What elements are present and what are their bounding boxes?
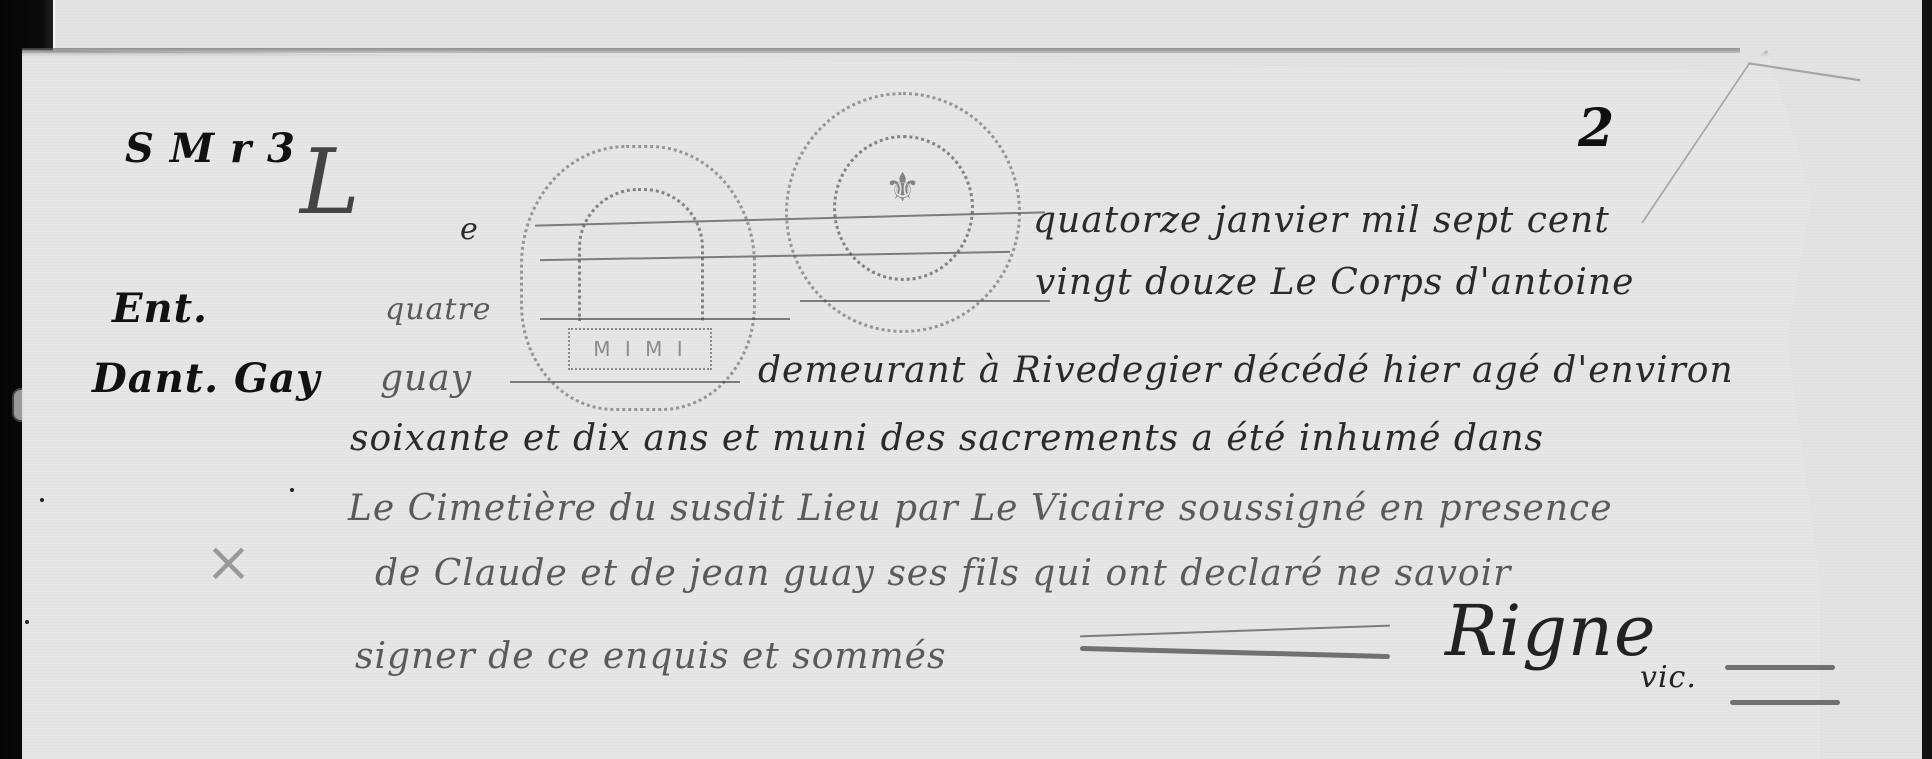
body-line-6: de Claude et de jean guay ses fils qui o… — [375, 553, 1511, 594]
body-line-7: signer de ce enquis et sommés — [355, 636, 946, 677]
body-line-5: Le Cimetière du susdit Lieu par Le Vicai… — [348, 488, 1613, 529]
fill-line — [800, 300, 1050, 302]
fill-line — [540, 318, 790, 320]
fill-line — [510, 381, 740, 383]
signature-title: vic. — [1640, 660, 1697, 695]
folio-top-edge — [22, 48, 1740, 53]
ink-speck — [290, 488, 294, 492]
book-binding-right — [1922, 0, 1932, 759]
body-line-3-prefix: guay — [380, 358, 472, 399]
margin-label-name: Dant. Gay — [92, 355, 320, 402]
margin-entry-code: S M r 3 — [125, 125, 296, 172]
page-number: 2 — [1578, 98, 1615, 159]
body-line-2-prefix: quatre — [385, 292, 492, 327]
ink-speck — [25, 620, 29, 624]
fleur-de-lis-icon: ⚜ — [788, 165, 1018, 211]
signature-flourish — [1730, 700, 1840, 705]
tax-stamp-crown: M I M I — [520, 145, 756, 411]
signature-flourish — [1725, 665, 1835, 670]
priest-signature: Rigne — [1445, 590, 1656, 672]
line1-start: e — [460, 212, 479, 247]
body-line-4: soixante et dix ans et muni des sacremen… — [350, 418, 1544, 459]
crown-arch — [578, 188, 704, 321]
body-line-1: quatorze janvier mil sept cent — [1033, 200, 1610, 241]
body-line-3: demeurant à Rivedegier décédé hier agé d… — [758, 350, 1734, 391]
body-line-2: vingt douze Le Corps d'antoine — [1035, 262, 1634, 303]
margin-label-ent: Ent. — [112, 285, 208, 332]
initial-letter: L — [300, 130, 361, 235]
cross-mark: × — [205, 530, 253, 595]
crown-stamp-text: M I M I — [568, 328, 712, 370]
ink-speck — [40, 498, 44, 502]
